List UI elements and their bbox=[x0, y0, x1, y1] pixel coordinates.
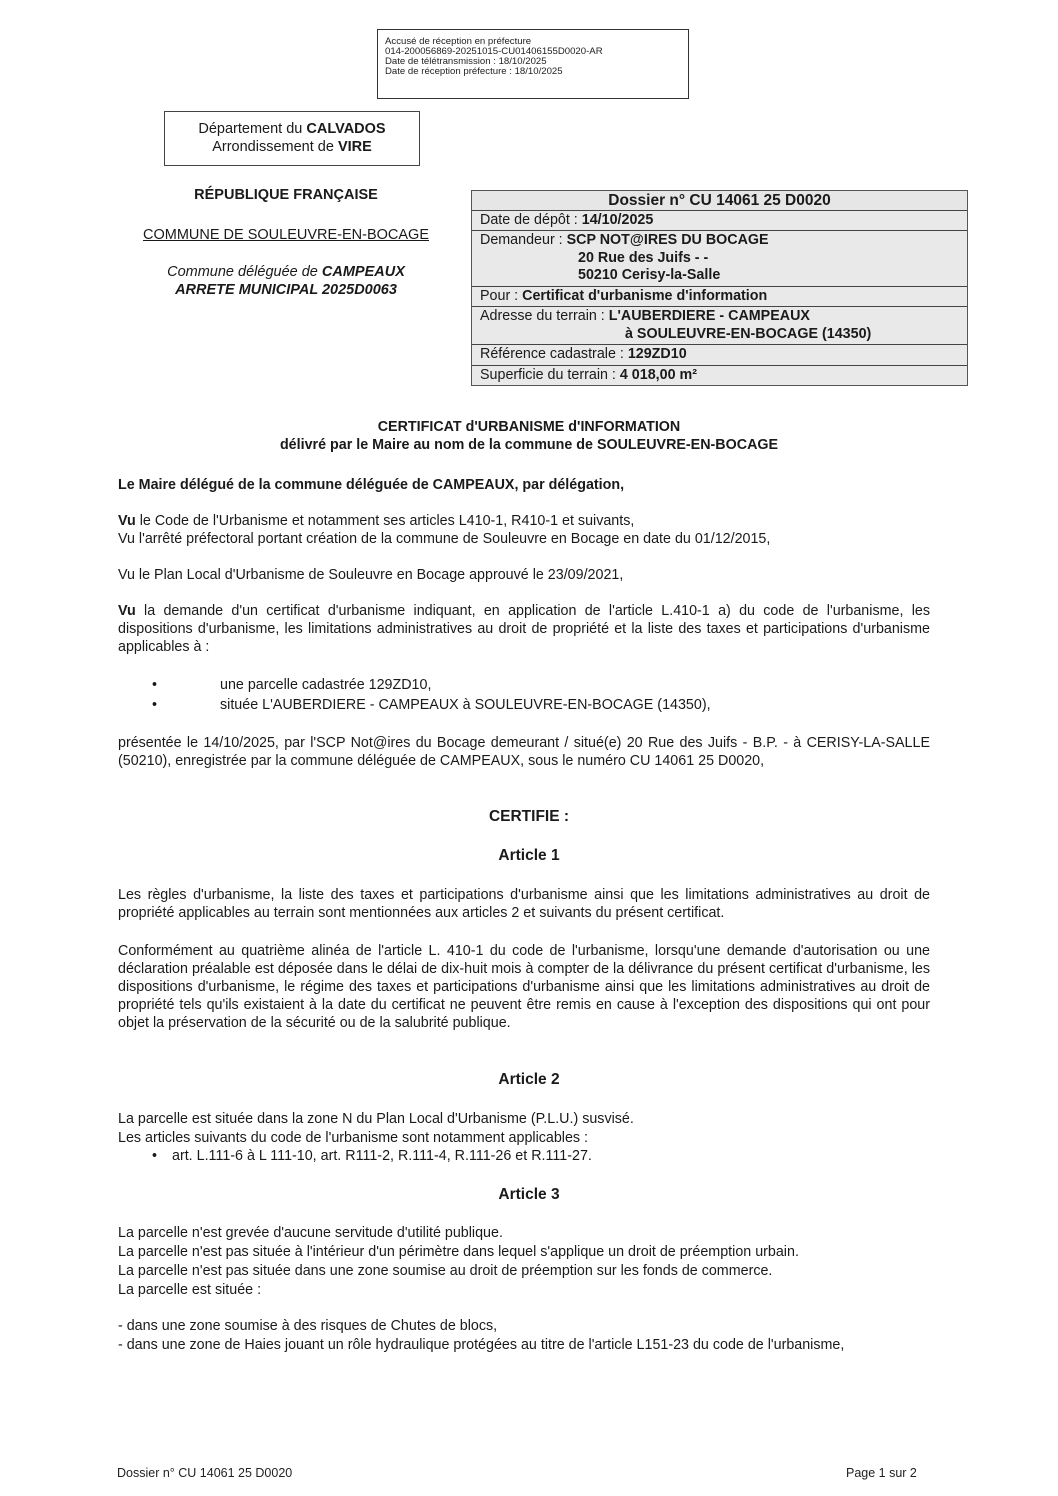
certificate-title: CERTIFICAT d'URBANISME d'INFORMATION dél… bbox=[0, 418, 1058, 454]
bullet-icon: • bbox=[152, 1148, 157, 1164]
footer-dossier-number: Dossier n° CU 14061 25 D0020 bbox=[117, 1466, 292, 1480]
article-1-paragraph-1: Les règles d'urbanisme, la liste des tax… bbox=[118, 886, 930, 922]
land-area-row: Superficie du terrain : 4 018,00 m² bbox=[472, 365, 967, 386]
article-3-preemption-commerce: La parcelle n'est pas située dans une zo… bbox=[118, 1262, 930, 1280]
article-3-hedge-zone: - dans une zone de Haies jouant un rôle … bbox=[118, 1336, 930, 1354]
commune-heading: COMMUNE DE SOULEUVRE-EN-BOCAGE bbox=[112, 227, 460, 243]
article-3-situee: La parcelle est située : bbox=[118, 1281, 930, 1299]
dossier-table: Dossier n° CU 14061 25 D0020 Date de dép… bbox=[471, 190, 968, 386]
article-2-zone: La parcelle est située dans la zone N du… bbox=[118, 1110, 930, 1128]
mayor-line: Le Maire délégué de la commune déléguée … bbox=[118, 476, 930, 494]
delegated-commune: Commune déléguée de CAMPEAUX ARRETE MUNI… bbox=[112, 263, 460, 299]
arrondissement-line: Arrondissement de VIRE bbox=[165, 138, 419, 156]
article-3-risk-zone: - dans une zone soumise à des risques de… bbox=[118, 1317, 930, 1335]
department-line: Département du CALVADOS bbox=[165, 120, 419, 138]
dossier-title: Dossier n° CU 14061 25 D0020 bbox=[472, 191, 967, 210]
reception-date: Date de réception préfecture : 18/10/202… bbox=[385, 67, 688, 77]
article-3-preemption-urbain: La parcelle n'est pas située à l'intérie… bbox=[118, 1243, 930, 1261]
article-2-applicable: Les articles suivants du code de l'urban… bbox=[118, 1129, 930, 1147]
cadastral-ref-row: Référence cadastrale : 129ZD10 bbox=[472, 344, 967, 365]
land-address-row: Adresse du terrain : L'AUBERDIERE - CAMP… bbox=[472, 306, 967, 344]
bullet-icon: • bbox=[152, 677, 157, 693]
certificate-subtitle: délivré par le Maire au nom de la commun… bbox=[0, 436, 1058, 454]
republique-heading: RÉPUBLIQUE FRANÇAISE bbox=[112, 187, 460, 203]
certifie-heading: CERTIFIE : bbox=[0, 808, 1058, 826]
department-box: Département du CALVADOS Arrondissement d… bbox=[164, 111, 420, 166]
article-3-servitude: La parcelle n'est grevée d'aucune servit… bbox=[118, 1224, 930, 1242]
vu-code-urbanisme: Vu le Code de l'Urbanisme et notamment s… bbox=[118, 512, 930, 530]
article-1-paragraph-2: Conformément au quatrième alinéa de l'ar… bbox=[118, 942, 930, 1032]
request-presented: présentée le 14/10/2025, par l'SCP Not@i… bbox=[118, 734, 930, 770]
deposit-date-row: Date de dépôt : 14/10/2025 bbox=[472, 210, 967, 231]
vu-demande: Vu la demande d'un certificat d'urbanism… bbox=[118, 602, 930, 656]
page-number: Page 1 sur 2 bbox=[846, 1466, 917, 1480]
reception-stamp: Accusé de réception en préfecture 014-20… bbox=[377, 29, 689, 99]
vu-arrete-prefectoral: Vu l'arrêté préfectoral portant création… bbox=[118, 530, 930, 548]
article-3-title: Article 3 bbox=[0, 1186, 1058, 1204]
applicant-row: Demandeur : SCP NOT@IRES DU BOCAGE 20 Ru… bbox=[472, 230, 967, 286]
article-2-title: Article 2 bbox=[0, 1071, 1058, 1089]
article-1-title: Article 1 bbox=[0, 847, 1058, 865]
arrete-number: ARRETE MUNICIPAL 2025D0063 bbox=[175, 282, 397, 298]
purpose-row: Pour : Certificat d'urbanisme d'informat… bbox=[472, 286, 967, 307]
bullet-icon: • bbox=[152, 697, 157, 713]
vu-plu: Vu le Plan Local d'Urbanisme de Souleuvr… bbox=[118, 566, 930, 584]
